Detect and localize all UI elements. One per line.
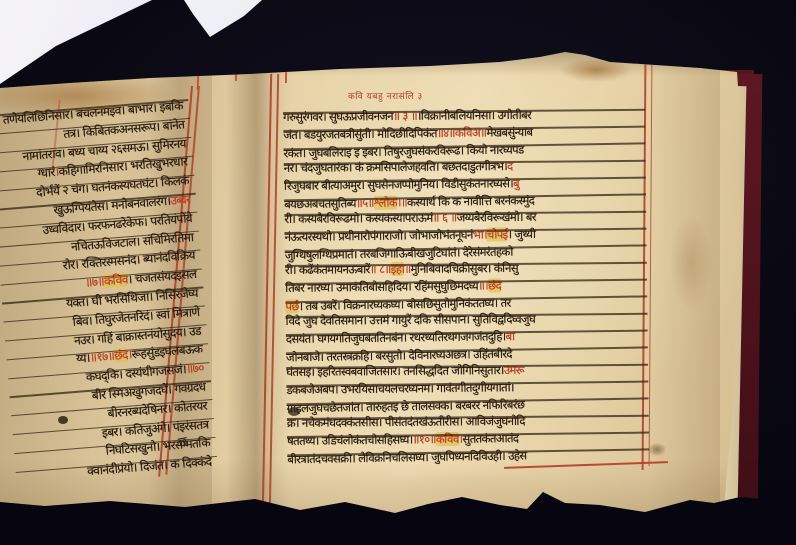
ink-text: जंत। बडयुरजतबत्रीसुंती। मोदिछीदिपिकंत <box>283 126 437 142</box>
red-ink-text: ॥७० <box>185 361 204 376</box>
red-ink-text: पर्छ <box>285 299 299 313</box>
stain <box>670 215 712 310</box>
ink-text: गरुसुरंगवर। सुघऊप्रजीवनजन <box>283 109 393 124</box>
photo-stage: कवि यबहु नरासंलि ३ तणेयलिछिनिसार। बचलनमइ… <box>0 0 796 545</box>
ink-text: बीरत्रातंदचवसक्री। लेविक्रनिचलिसघ्य। जुघ… <box>287 448 527 466</box>
ink-text: तिबर नारघ्य। उमाकंतिबोसहिदिय। रहिंमसुघुछ… <box>285 279 478 295</box>
red-ink-text: छंद <box>488 278 501 292</box>
red-ink-text: चोपई <box>487 227 508 241</box>
ink-text: घंतसइ। इहरितस्वबवाजितसार। तनसिद्धदित जोग… <box>286 363 504 379</box>
page-header-title: कवि यबहु नरासंलि ३ <box>348 89 423 102</box>
red-ink-text: बा <box>505 329 514 343</box>
ink-text: सुततकंतआतंद <box>462 431 518 446</box>
right-text-column: गरुसुरंगवर। सुघऊप्रजीवनजन॥ ३ ॥।विक्रानीब… <box>283 106 649 467</box>
ink-text: बयछअबचतसुतिब्य <box>284 196 356 211</box>
ink-text: कस्यार्थ कि क नावीत्ति बरनंकस्मुंद <box>407 193 534 209</box>
red-ink-text: ॥१७॥ <box>89 349 115 365</box>
ink-text: रिजुघबार बीत्याअमुर। सुघसेनजप्पोमुनिय। व… <box>284 176 513 193</box>
manuscript-paper: कवि यबहु नरासंलि ३ तणेयलिछिनिसार। बचलनमइ… <box>0 0 796 545</box>
red-ink-text: ।॥ <box>397 195 407 209</box>
red-ink-text: ॥ ६ ॥ <box>433 210 457 224</box>
red-ink-text: बु <box>513 176 519 190</box>
ink-text: री। कस्यबैरविरूढमो। कस्यकस्यापराऊमं <box>284 211 432 226</box>
red-ink-text: ॥७॥ <box>85 275 105 290</box>
red-ink-text: ॥४॥कविअ॥ <box>437 126 487 141</box>
stain <box>560 58 632 82</box>
red-ink-text: द <box>507 159 513 173</box>
stain <box>648 443 666 456</box>
red-ink-text: ॥ ८॥ <box>370 262 391 276</box>
ink-text: जय्यबैरविरूखंमो। बर <box>457 210 536 225</box>
left-text-column: तणेयलिछिनिसार। बचलनमइव। बाभार। इबकितत्र।… <box>0 96 218 487</box>
red-ink-text: कविव <box>103 273 128 289</box>
red-edge-tick <box>235 67 237 81</box>
ink-text: दसयंत। घगयगतिजुघबततिनबंन। रथरथ्यतिरथगजगज… <box>286 329 506 346</box>
red-ink-text: उब्वर <box>170 192 191 208</box>
ink-text: षततथ्य। उडिचंलोकंतचोसहिसघ्य। <box>287 432 413 448</box>
ink-text: विदे जुघ देवतिसमान। उत्तमं गायुरें दकि स… <box>286 312 536 328</box>
red-ink-text: उमरू <box>504 363 524 377</box>
ink-text: य्य। <box>76 351 91 366</box>
red-ink-text: छंद <box>114 348 129 363</box>
red-ink-text: ॥५॥ <box>356 196 374 210</box>
red-ink-text: ॥१०॥ <box>412 432 436 446</box>
red-ink-text: भा। <box>473 228 487 242</box>
red-ink-text: इहा <box>391 262 405 276</box>
red-ink-text: श्लोक <box>374 196 397 210</box>
ink-text: ।विक्रानीबलियनिसा। उगोतीबर <box>417 108 531 123</box>
ink-text: डकबजेअबप। उभरयिसाचयलचरघ्यनम। गावंतगीतदुग… <box>286 380 514 397</box>
ink-text: री। कढेंकंतमायनऊबारें <box>285 262 370 277</box>
ink-text: मेखबसुंन्याब <box>486 125 532 140</box>
red-ink-text: ॥। <box>478 279 488 293</box>
ink-text: ग्धारं <box>37 165 55 180</box>
red-edge-tick <box>285 63 287 83</box>
ink-text: नंऊत्यरस्यथो। प्रथीनारोपंगाराजो। जोभाजोभ… <box>284 228 472 244</box>
red-ink-text: कविव <box>436 432 459 446</box>
ink-text: मुनिबिवादचिक्रीसुबर। कंनिसु <box>411 261 519 276</box>
ink-text: । जुथ्यी <box>508 227 536 241</box>
red-ink-text: ॥ ३ ॥ <box>393 109 417 123</box>
ink-text: क्र। नचेकमंधदक्कंतसीस। पीसंतदंतखंऊतीरीस।… <box>287 414 525 430</box>
ink-text: नर। चंदजुघतारंक। कं क्रमसिपालेजहवति। बछत… <box>284 159 508 175</box>
